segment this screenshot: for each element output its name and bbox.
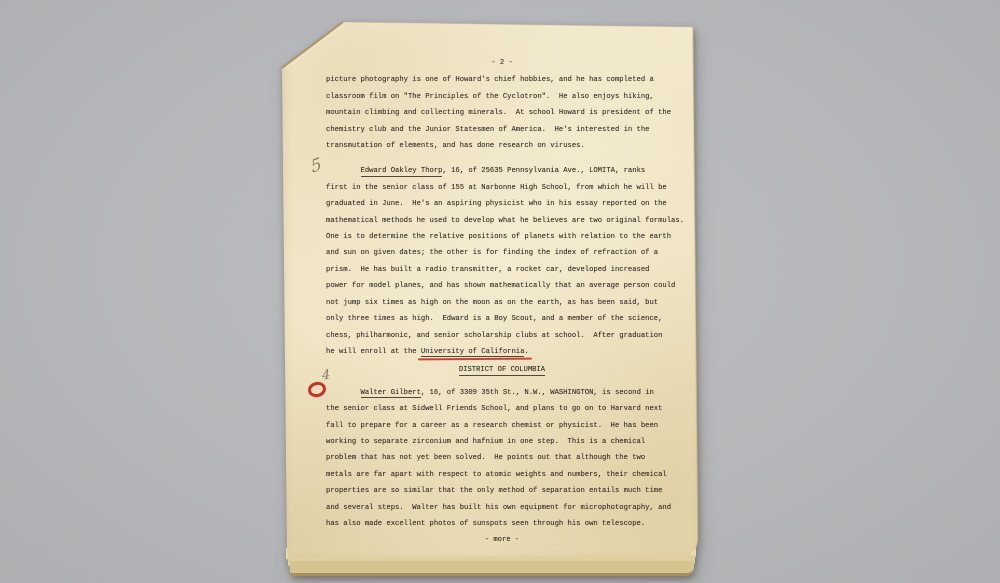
text-line: working to separate zirconium and hafniu… xyxy=(326,434,678,450)
text-line: classroom film on "The Principles of the… xyxy=(326,89,678,105)
scanned-document-view: - 2 -picture photography is one of Howar… xyxy=(0,0,1000,583)
text-line: chess, philharmonic, and senior scholars… xyxy=(326,328,678,344)
text-segment xyxy=(326,167,361,175)
page-number: - 2 - xyxy=(326,55,678,71)
text-segment: only three times as high. Edward is a Bo… xyxy=(326,315,662,323)
text-line: graduated in June. He's an aspiring phys… xyxy=(326,196,678,212)
text-segment: picture photography is one of Howard's c… xyxy=(326,76,654,84)
text-line: DISTRICT OF COLUMBIA xyxy=(326,362,678,378)
text-segment: working to separate zirconium and hafniu… xyxy=(326,438,645,446)
text-line: power for model planes, and has shown ma… xyxy=(326,278,678,294)
text-segment: fall to prepare for a career as a resear… xyxy=(326,422,658,430)
text-line: prism. He has built a radio transmitter,… xyxy=(326,262,678,278)
paper-stack: - 2 -picture photography is one of Howar… xyxy=(278,18,704,580)
text-line: and sun on given dates; the other is for… xyxy=(326,245,678,261)
text-segment: One is to determine the relative positio… xyxy=(326,233,671,241)
text-line: mountain climbing and collecting mineral… xyxy=(326,105,678,121)
text-line: problem that has not yet been solved. He… xyxy=(326,450,678,466)
text-line: Walter Gilbert, 16, of 3309 35th St., N.… xyxy=(326,385,678,401)
paragraph: picture photography is one of Howard's c… xyxy=(326,72,678,154)
text-line: mathematical methods he used to develop … xyxy=(326,213,678,229)
text-line: he will enroll at the University of Cali… xyxy=(326,344,678,360)
text-segment: the senior class at Sidwell Friends Scho… xyxy=(326,405,662,413)
text-segment: graduated in June. He's an aspiring phys… xyxy=(326,200,667,208)
text-segment: problem that has not yet been solved. He… xyxy=(326,454,645,462)
text-line: - 2 - xyxy=(326,55,678,71)
text-segment: metals are far apart with respect to ato… xyxy=(326,471,667,479)
text-segment: and sun on given dates; the other is for… xyxy=(326,249,658,257)
text-segment: mathematical methods he used to develop … xyxy=(326,217,684,225)
text-segment: , 16, of 3309 35th St., N.W., WASHINGTON… xyxy=(421,389,654,397)
text-line: metals are far apart with respect to ato… xyxy=(326,467,678,483)
heading: DISTRICT OF COLUMBIA xyxy=(326,362,678,378)
more-marker: - more - xyxy=(326,532,678,548)
text-line: only three times as high. Edward is a Bo… xyxy=(326,311,678,327)
paragraph: Walter Gilbert, 16, of 3309 35th St., N.… xyxy=(326,385,678,533)
text-segment: properties are so similar that the only … xyxy=(326,487,662,495)
text-segment xyxy=(326,389,361,397)
text-segment: - more - xyxy=(485,536,520,544)
underlined-text: Walter Gilbert xyxy=(361,389,421,399)
text-segment: not jump six times as high on the moon a… xyxy=(326,299,658,307)
text-line: chemistry club and the Junior Statesmen … xyxy=(326,122,678,138)
text-segment: power for model planes, and has shown ma… xyxy=(326,282,675,290)
typewritten-text: - 2 -picture photography is one of Howar… xyxy=(326,55,678,549)
pencil-annotation: 5 xyxy=(309,154,323,177)
text-line: picture photography is one of Howard's c… xyxy=(326,72,678,88)
text-segment: mountain climbing and collecting mineral… xyxy=(326,109,671,117)
text-segment: chess, philharmonic, and senior scholars… xyxy=(326,332,662,340)
text-line: fall to prepare for a career as a resear… xyxy=(326,418,678,434)
text-line: - more - xyxy=(326,532,678,548)
text-line: Edward Oakley Thorp, 16, of 25635 Pennsy… xyxy=(326,163,678,179)
text-segment: chemistry club and the Junior Statesmen … xyxy=(326,126,650,134)
text-line: transmutation of elements, and has done … xyxy=(326,138,678,154)
underlined-text: DISTRICT OF COLUMBIA xyxy=(459,366,545,376)
text-segment: he will enroll at the xyxy=(326,348,421,356)
text-line: has also made excellent photos of sunspo… xyxy=(326,516,678,532)
text-line: first in the senior class of 155 at Narb… xyxy=(326,180,678,196)
text-line: not jump six times as high on the moon a… xyxy=(326,295,678,311)
paragraph: Edward Oakley Thorp, 16, of 25635 Pennsy… xyxy=(326,163,678,360)
text-segment: - 2 - xyxy=(491,59,513,67)
text-segment: first in the senior class of 155 at Narb… xyxy=(326,184,667,192)
text-segment: has also made excellent photos of sunspo… xyxy=(326,520,645,528)
text-line: and several steps. Walter has built his … xyxy=(326,500,678,516)
text-segment: . xyxy=(524,348,528,356)
text-line: properties are so similar that the only … xyxy=(326,483,678,499)
text-line: One is to determine the relative positio… xyxy=(326,229,678,245)
document-page: - 2 -picture photography is one of Howar… xyxy=(278,18,704,564)
underlying-sheet-edge xyxy=(290,561,694,576)
text-segment: and several steps. Walter has built his … xyxy=(326,504,671,512)
text-segment: classroom film on "The Principles of the… xyxy=(326,93,654,101)
text-line: the senior class at Sidwell Friends Scho… xyxy=(326,401,678,417)
text-segment: transmutation of elements, and has done … xyxy=(326,142,585,150)
text-segment: , 16, of 25635 Pennsylvania Ave., LOMITA… xyxy=(442,167,645,175)
underlined-text: Edward Oakley Thorp xyxy=(361,167,443,177)
text-segment: prism. He has built a radio transmitter,… xyxy=(326,266,650,274)
pencil-annotation: 4 xyxy=(322,367,331,383)
red-underlined-text: University of California xyxy=(421,348,525,358)
